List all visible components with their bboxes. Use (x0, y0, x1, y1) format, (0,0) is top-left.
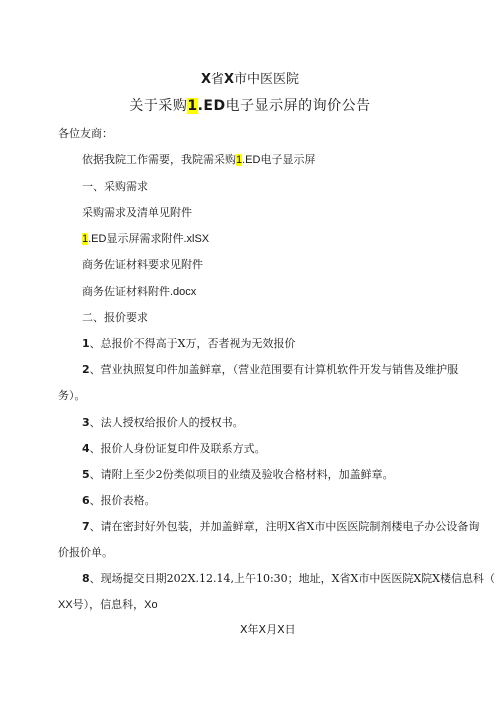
greeting: 各位友商： (58, 127, 113, 141)
intro-latin: .ED (242, 154, 260, 166)
title-sheng: 省 (211, 72, 224, 87)
requirement-item-3: 3、法人授权给报价人的授权书。 (82, 416, 244, 430)
intro-paragraph: 依据我院工作需要，我院需采购1.ED电子显示屏 (82, 153, 315, 167)
requirement-item-2: 2、营业执照复印件加盖鲜章，（营业范围要有计算机软件开发与销售及维护服 (82, 363, 458, 377)
subtitle-highlight: 1 (187, 98, 197, 114)
item-text: 、法人授权给报价人的授权书。 (90, 416, 244, 429)
item-text: 、请在密封好外包装，并加盖鲜章，注明X省X市中医医院制剂楼电子办公设备询 (90, 520, 480, 533)
item-text: 、请附上至少2份类似项目的业绩及验收合格材料，加盖鲜章。 (90, 468, 394, 481)
attachment-docx: 商务佐证材料附件.docx (82, 285, 196, 299)
item-text: 、营业执照复印件加盖鲜章，（营业范围要有计算机软件开发与销售及维护服 (90, 363, 459, 376)
requirement-item-6: 6、报价表格。 (82, 494, 156, 508)
notice-title: 关于采购1.ED电子显示屏的询价公告 (0, 99, 500, 113)
item-number: 6 (82, 494, 90, 507)
attachment-xlsx: 1.ED显示屏需求附件.xlSX (82, 232, 209, 246)
subtitle-bold: .ED (198, 98, 226, 114)
requirement-item-4: 4、报价人身份证复印件及联系方式。 (82, 442, 266, 456)
subtitle-before: 关于采购 (129, 98, 187, 114)
intro-before: 依据我院工作需要，我院需采购 (82, 153, 236, 166)
item-number: 8 (82, 572, 90, 585)
title-rest: 市中医医院 (234, 72, 299, 87)
requirement-item-2-cont: 务）。 (58, 389, 86, 403)
item-number: 1 (82, 337, 90, 350)
requirement-item-8: 8、现场提交日期202X.12.14,上午10:30；地址，X省X市中医医院X院… (82, 572, 495, 586)
item-number: 7 (82, 520, 90, 533)
attachment-name: .ED显示屏需求附件 (88, 233, 183, 245)
attachment2-ext: .docx (170, 286, 196, 298)
section2-heading: 二、报价要求 (82, 311, 148, 325)
section1-line-1: 采购需求及清单见附件 (82, 206, 192, 220)
item-text: 、现场提交日期202X.12.14,上午10:30；地址，X省X市中医医院X院X… (90, 572, 495, 585)
section1-line-2: 商务佐证材料要求见附件 (82, 258, 203, 272)
subtitle-after: 电子显示屏的询价公告 (226, 98, 371, 114)
signature-date: X年X月X日 (240, 623, 296, 637)
item-number: 3 (82, 416, 90, 429)
requirement-item-1: 1、总报价不得高于X万，否者视为无效报价 (82, 337, 296, 351)
item-number: 4 (82, 442, 90, 455)
attachment-ext: .xlSX (183, 233, 209, 245)
item-text: 、总报价不得高于X万，否者视为无效报价 (90, 337, 296, 350)
item-text: 、报价表格。 (90, 494, 156, 507)
attachment2-name: 商务佐证材料附件 (82, 285, 170, 298)
intro-after: 电子显示屏 (260, 153, 315, 166)
item-text: 、报价人身份证复印件及联系方式。 (90, 442, 266, 455)
requirement-item-8-cont: XX号），信息科，Xo (58, 598, 158, 612)
hospital-title: X省X市中医医院 (0, 73, 500, 87)
section1-heading: 一、采购需求 (82, 180, 148, 194)
requirement-item-7-cont: 价报价单。 (58, 546, 113, 560)
requirement-item-5: 5、请附上至少2份类似项目的业绩及验收合格材料，加盖鲜章。 (82, 468, 394, 482)
requirement-item-7: 7、请在密封好外包装，并加盖鲜章，注明X省X市中医医院制剂楼电子办公设备询 (82, 520, 479, 534)
title-x1: X (201, 72, 211, 87)
item-number: 5 (82, 468, 90, 481)
item-number: 2 (82, 363, 90, 376)
title-x2: X (224, 72, 234, 87)
